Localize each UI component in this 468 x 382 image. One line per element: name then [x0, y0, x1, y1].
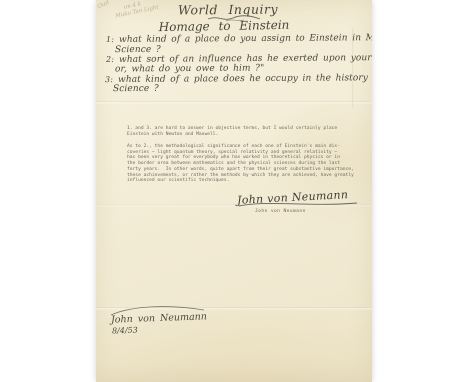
question-3-line-2: Science ?: [113, 84, 159, 94]
question-1-line-1: 1:what kind of a place do you assign to …: [106, 33, 372, 45]
footer-handwritten-name: John von Neumann: [111, 311, 207, 325]
question-1-line-2: Science ?: [115, 45, 161, 55]
fold-crease-vertical: [352, 28, 354, 108]
question-1-text: what kind of a place do you assign to Ei…: [119, 33, 372, 45]
question-1-number: 1:: [106, 35, 114, 44]
question-2-line-2: or, what do you owe to him ?": [115, 63, 264, 74]
typed-paragraph-1: 1. and 3. are hard to answer in objectiv…: [127, 126, 337, 137]
typed-signature-name: John von Neumann: [255, 209, 306, 214]
signature-flourish-icon: [238, 197, 360, 209]
document-page: Oud on 4 k Muko Tan Light World Inquiry …: [96, 0, 372, 382]
fold-crease-top: [96, 101, 372, 104]
question-3-number: 3:: [105, 75, 113, 84]
footer-date: 8/4/53: [112, 326, 138, 336]
typed-paragraph-2: As to 2., the methodological significanc…: [127, 144, 354, 184]
question-2-number: 2:: [106, 55, 114, 64]
